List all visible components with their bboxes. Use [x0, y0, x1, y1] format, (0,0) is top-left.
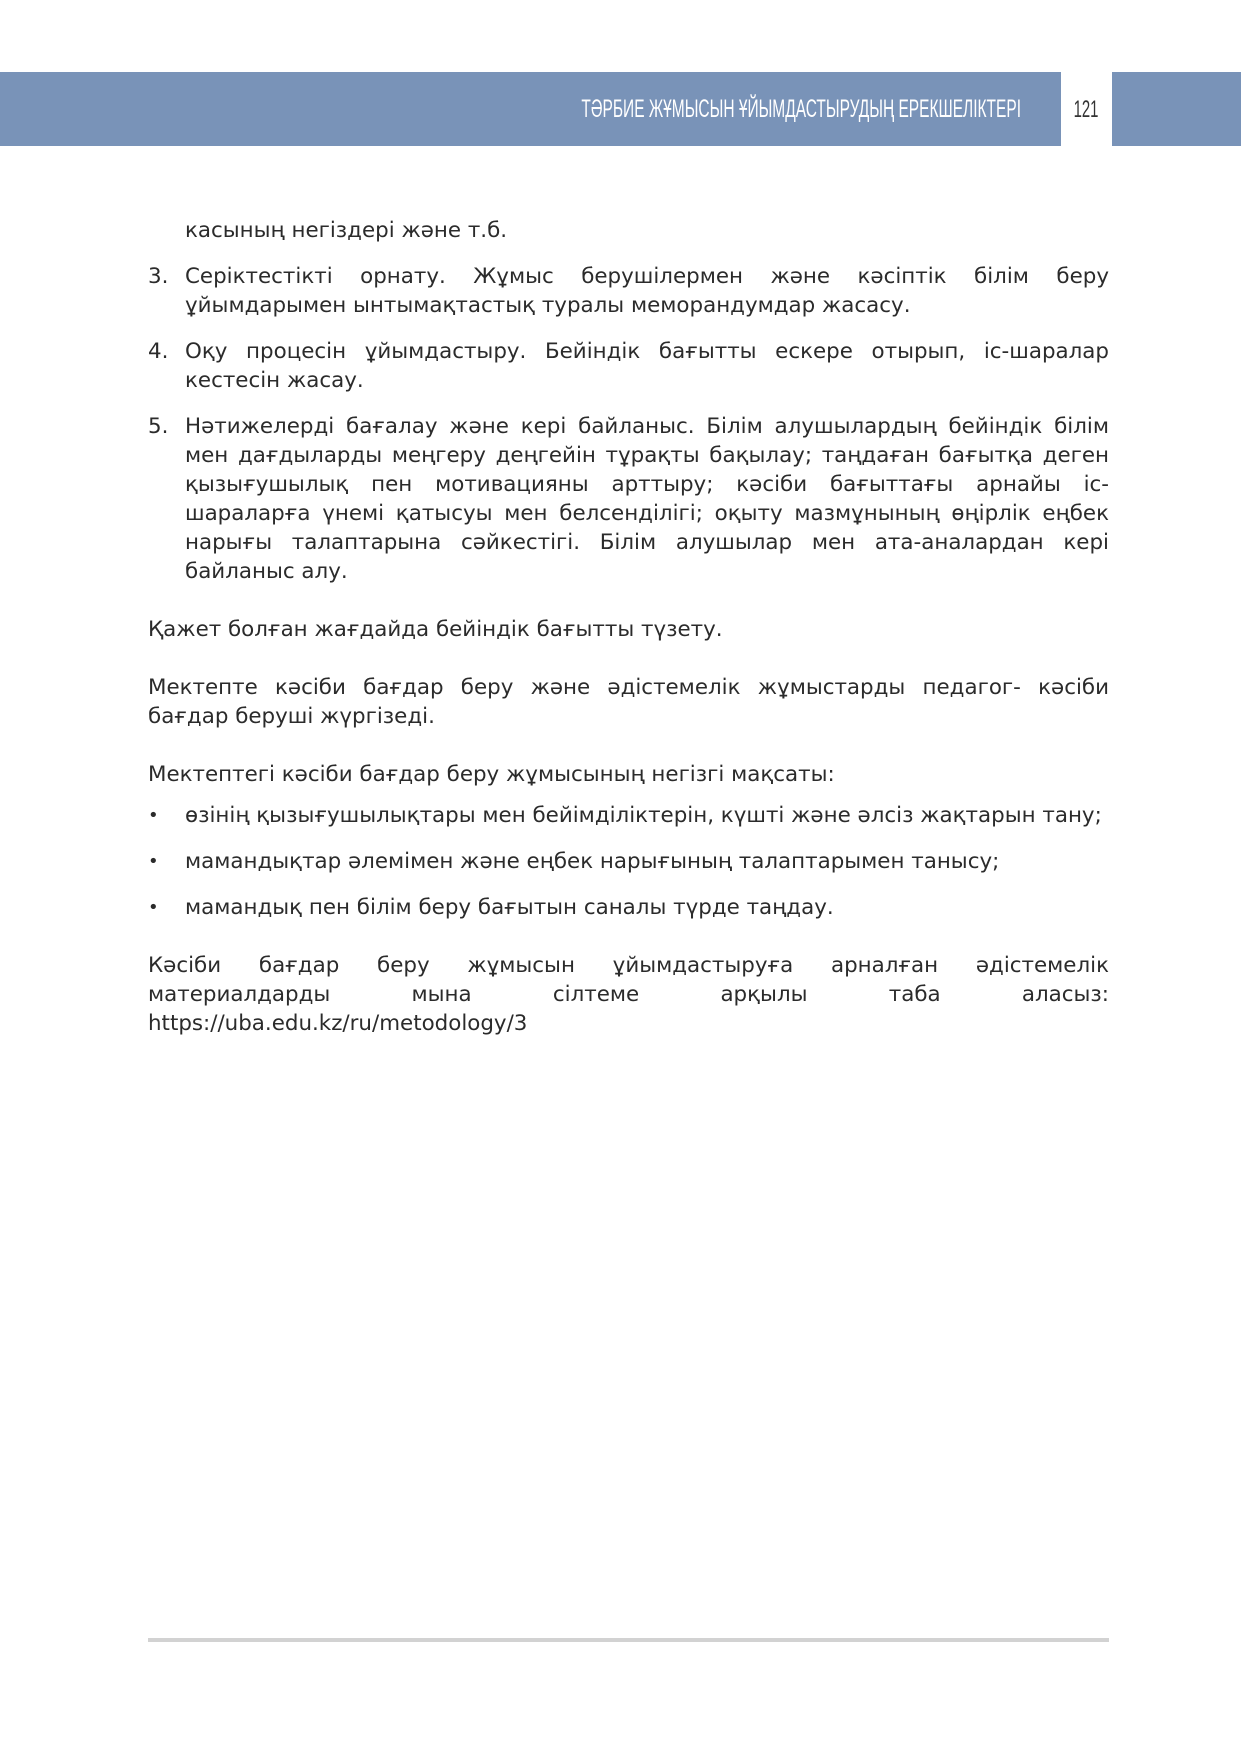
list-number: 4. [148, 337, 168, 366]
list-number: 5. [148, 412, 168, 441]
bullet-item: • өзінің қызығушылықтары мен бейімділікт… [148, 801, 1109, 830]
list-number: 3. [148, 262, 168, 291]
paragraph-goals-intro: Мектептегі кәсіби бағдар беру жұмысының … [148, 760, 1109, 789]
bullet-text: мамандықтар әлемімен және еңбек нарығыны… [185, 849, 999, 874]
paragraph-materials-link: Кәсіби бағдар беру жұмысын ұйымдастыруға… [148, 951, 1109, 1038]
numbered-list: 3. Серіктестікті орнату. Жұмыс берушілер… [148, 262, 1109, 586]
bullet-item: • мамандық пен білім беру бағытын саналы… [148, 893, 1109, 922]
list-item-text: Нәтижелерді бағалау және кері байланыс. … [185, 414, 1109, 584]
page-number: 121 [1061, 72, 1112, 146]
page-body: касының негіздері және т.б. 3. Серіктест… [148, 216, 1109, 1067]
list-item: 4. Оқу процесін ұйымдастыру. Бейіндік ба… [148, 337, 1109, 395]
bullet-icon: • [148, 847, 159, 876]
paragraph-correction: Қажет болған жағдайда бейіндік бағытты т… [148, 615, 1109, 644]
header-band: ТӘРБИЕ ЖҰМЫСЫН ҰЙЫМДАСТЫРУДЫҢ ЕРЕКШЕЛІКТ… [0, 72, 1061, 146]
running-header-title: ТӘРБИЕ ЖҰМЫСЫН ҰЙЫМДАСТЫРУДЫҢ ЕРЕКШЕЛІКТ… [581, 72, 1021, 146]
footer-divider [148, 1638, 1109, 1642]
bullet-text: мамандық пен білім беру бағытын саналы т… [185, 895, 834, 920]
list-item-text: Оқу процесін ұйымдастыру. Бейіндік бағыт… [185, 339, 1109, 393]
list-item: 5. Нәтижелерді бағалау және кері байланы… [148, 412, 1109, 586]
list-item-continuation: касының негіздері және т.б. [148, 216, 1109, 245]
list-item-text: Серіктестікті орнату. Жұмыс берушілермен… [185, 264, 1109, 318]
list-item: 3. Серіктестікті орнату. Жұмыс берушілер… [148, 262, 1109, 320]
bullet-icon: • [148, 893, 159, 922]
bullet-text: өзінің қызығушылықтары мен бейімділіктер… [185, 803, 1102, 828]
bullet-icon: • [148, 801, 159, 830]
header-side-block [1112, 72, 1241, 146]
page-number-text: 121 [1074, 72, 1099, 148]
bullet-item: • мамандықтар әлемімен және еңбек нарығы… [148, 847, 1109, 876]
paragraph-responsible: Мектепте кәсіби бағдар беру және әдістем… [148, 673, 1109, 731]
bullet-list: • өзінің қызығушылықтары мен бейімділікт… [148, 801, 1109, 922]
